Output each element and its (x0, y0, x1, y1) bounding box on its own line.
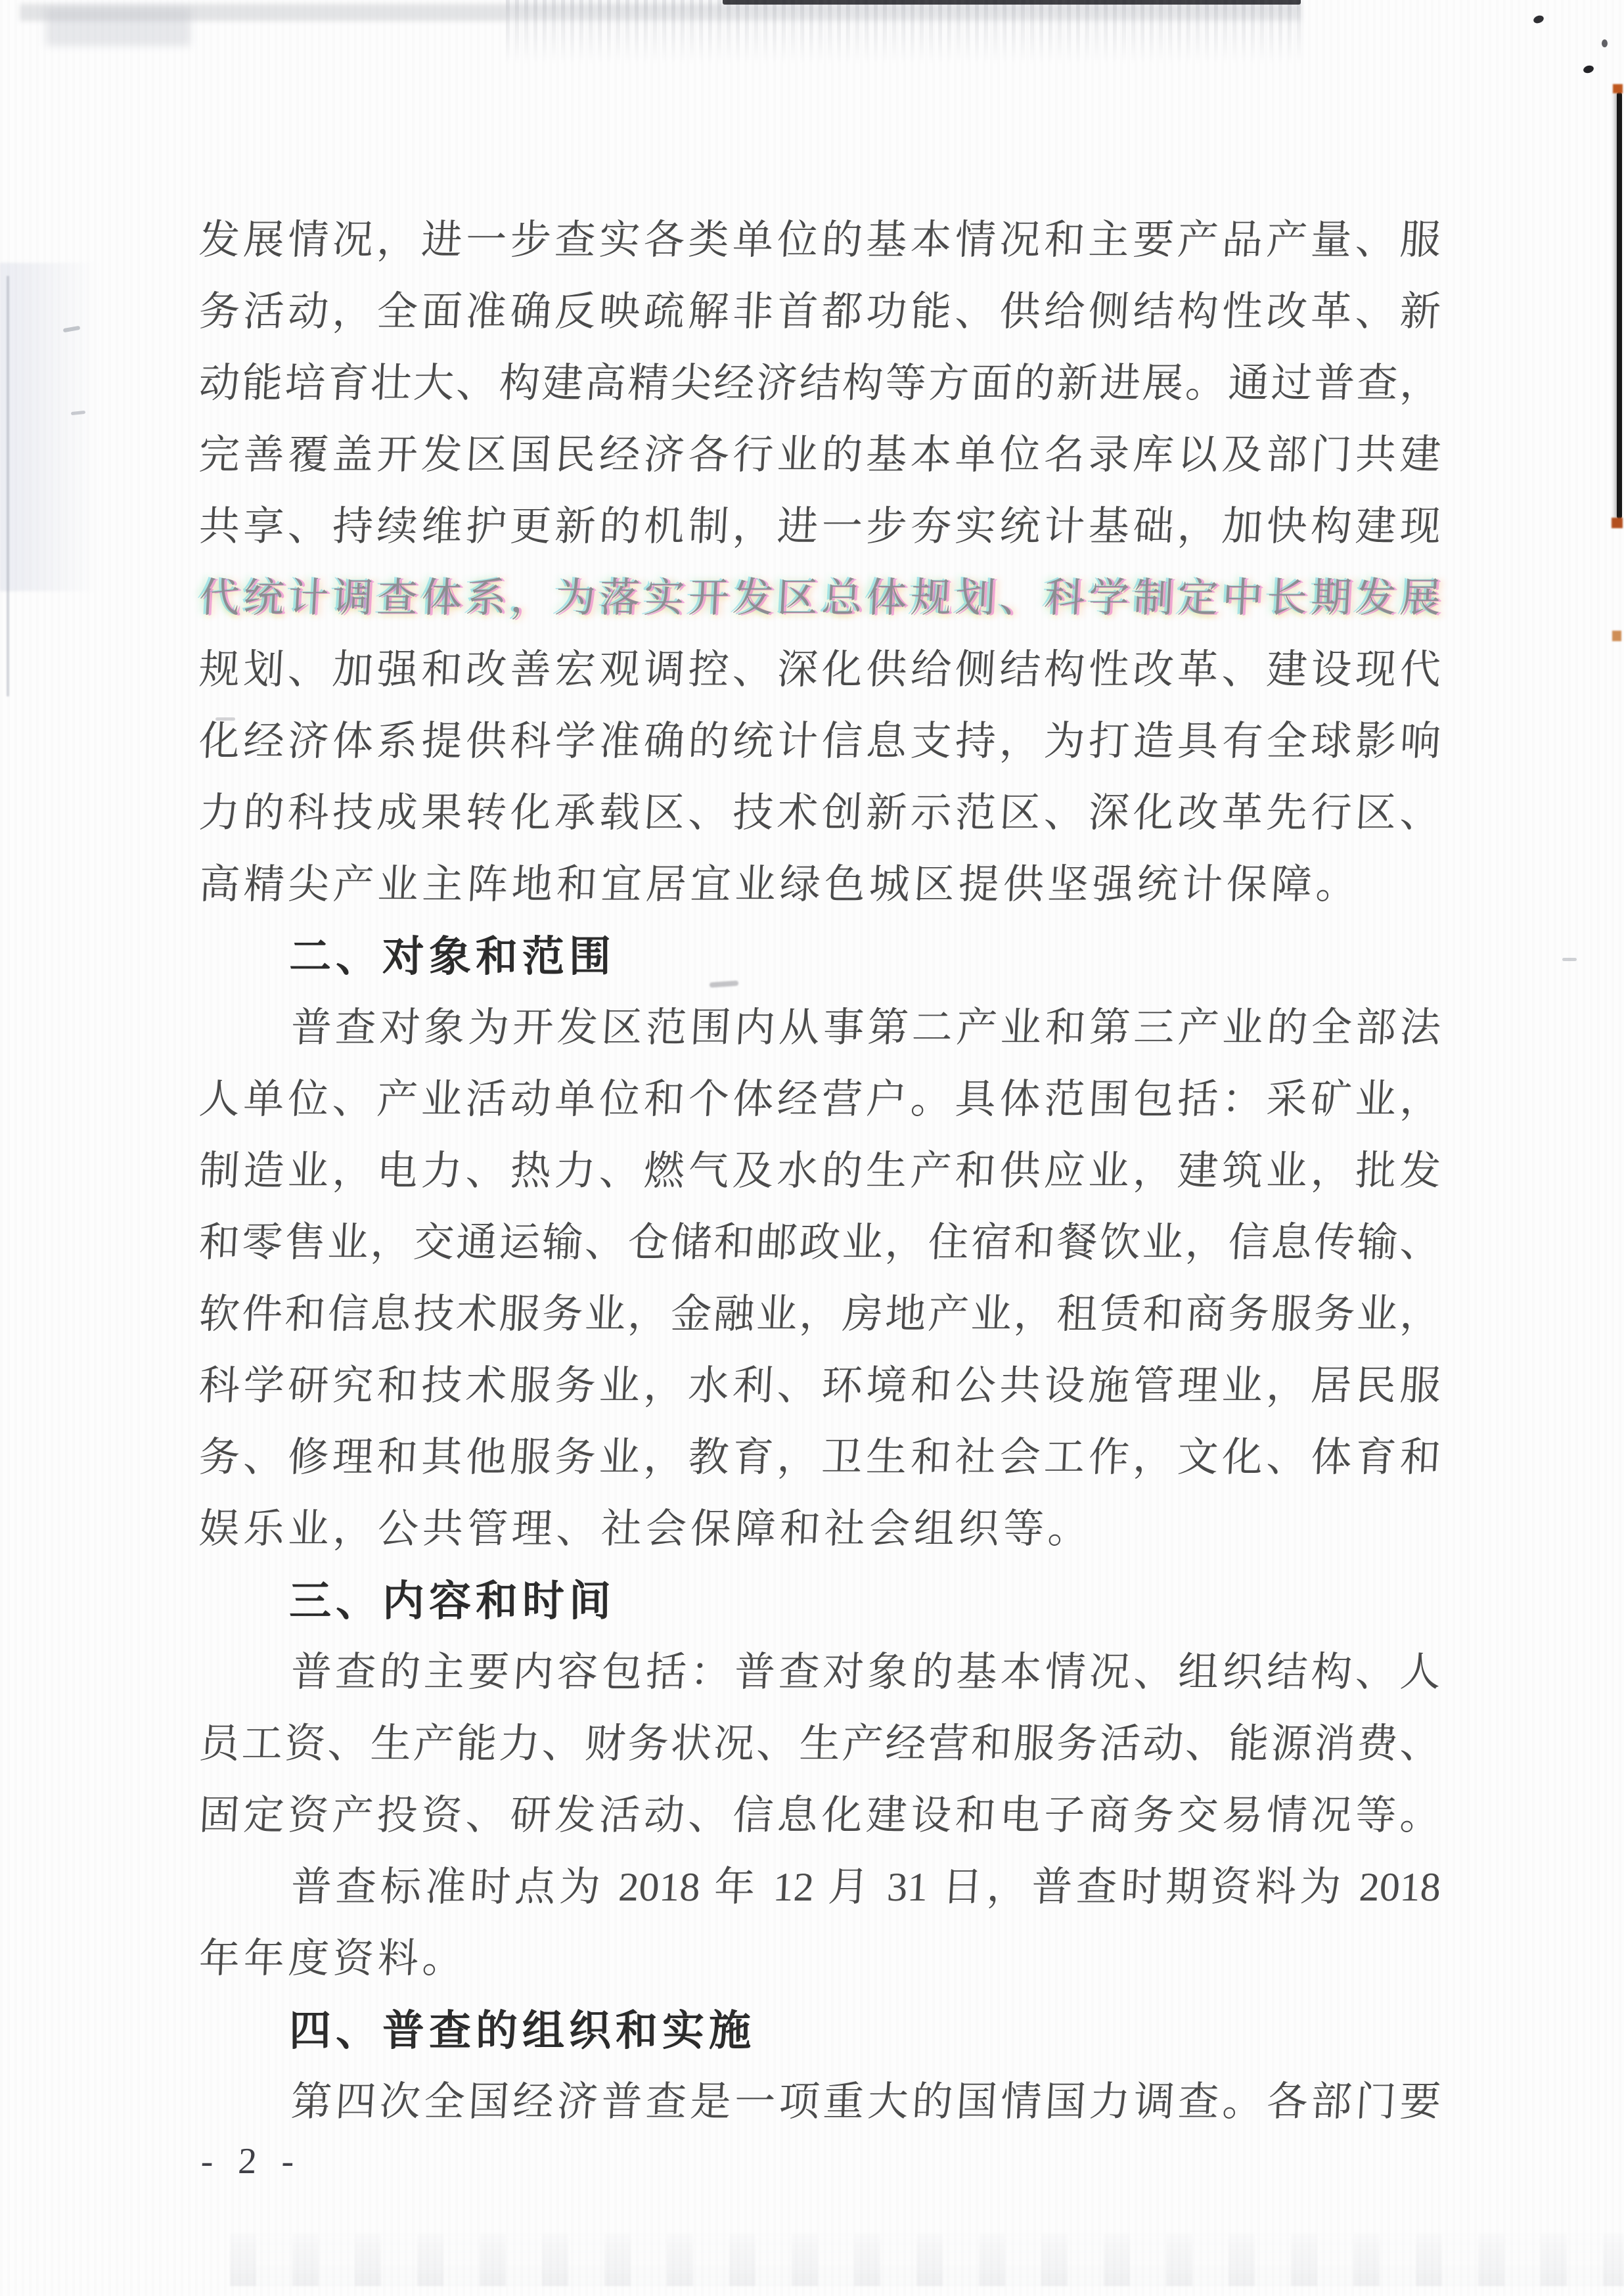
scan-speck (1602, 39, 1608, 47)
scan-artifact-bottom-mottle (230, 2234, 1624, 2286)
text-line: 科学研究和技术服务业，水利、环境和公共设施管理业，居民服 (197, 1351, 1443, 1422)
text-line: 完善覆盖开发区国民经济各行业的基本单位名录库以及部门共建 (197, 420, 1443, 491)
page-number: - 2 - (200, 2140, 303, 2182)
text-line: 娱乐业，公共管理、社会保障和社会组织等。 (197, 1494, 1443, 1565)
scan-artifact-right-black-bar (1617, 92, 1622, 519)
text-line: 员工资、生产能力、财务状况、生产经营和服务活动、能源消费、 (197, 1709, 1443, 1780)
text-line: 制造业，电力、热力、燃气及水的生产和供应业，建筑业，批发 (197, 1136, 1443, 1207)
section-heading: 三、内容和时间 (197, 1565, 1439, 1637)
text-line: 发展情况，进一步查实各类单位的基本情况和主要产品产量、服 (197, 205, 1443, 277)
document-page: 发展情况，进一步查实各类单位的基本情况和主要产品产量、服务活动，全面准确反映疏解… (0, 0, 1624, 2296)
scan-artifact-top-edge-line (723, 0, 1301, 5)
text-line: 务、修理和其他服务业，教育，卫生和社会工作，文化、体育和 (197, 1422, 1443, 1494)
text-line: 力的科技成果转化承载区、技术创新示范区、深化改革先行区、 (197, 778, 1443, 849)
scan-dash (1562, 958, 1577, 961)
text-line: 和零售业，交通运输、仓储和邮政业，住宿和餐饮业，信息传输、 (197, 1207, 1443, 1279)
scan-artifact-left-wash (0, 263, 99, 591)
scan-artifact-right-orange-dash (1612, 631, 1621, 641)
text-line: 普查对象为开发区范围内从事第二产业和第三产业的全部法 (197, 993, 1443, 1064)
scan-artifact-top-streak-band (506, 0, 1304, 64)
section-heading: 四、普查的组织和实施 (197, 1995, 1439, 2067)
text-line: 代统计调查体系，为落实开发区总体规划、科学制定中长期发展 (197, 563, 1443, 635)
text-line: 高精尖产业主阵地和宜居宜业绿色城区提供坚强统计保障。 (197, 849, 1443, 921)
scan-artifact-left-line (7, 276, 9, 696)
scan-speck (1533, 14, 1545, 25)
document-text-block: 发展情况，进一步查实各类单位的基本情况和主要产品产量、服务活动，全面准确反映疏解… (197, 205, 1439, 2138)
text-line: 规划、加强和改善宏观调控、深化供给侧结构性改革、建设现代 (197, 635, 1443, 706)
section-heading: 二、对象和范围 (197, 921, 1439, 993)
text-line: 共享、持续维护更新的机制，进一步夯实统计基础，加快构建现 (197, 491, 1443, 563)
text-line: 动能培育壮大、构建高精尖经济结构等方面的新进展。通过普查， (197, 348, 1443, 420)
text-line: 人单位、产业活动单位和个体经营户。具体范围包括：采矿业， (197, 1064, 1443, 1136)
text-line: 化经济体系提供科学准确的统计信息支持，为打造具有全球影响 (197, 706, 1443, 778)
scan-speck (1583, 64, 1594, 74)
text-line: 年年度资料。 (197, 1924, 1443, 1995)
text-line: 普查标准时点为 2018 年 12 月 31 日，普查时期资料为 2018 (197, 1852, 1443, 1924)
text-line: 固定资产投资、研发活动、信息化建设和电子商务交易情况等。 (197, 1780, 1443, 1852)
scan-artifact-topleft-patch (46, 8, 191, 46)
text-line: 普查的主要内容包括：普查对象的基本情况、组织结构、人 (197, 1637, 1443, 1709)
text-line: 务活动，全面准确反映疏解非首都功能、供给侧结构性改革、新 (197, 277, 1443, 348)
scanned-document-screenshot: { "page": { "number_label": "- 2 -" }, "… (0, 0, 1624, 2296)
text-line: 软件和信息技术服务业，金融业，房地产业，租赁和商务服务业， (197, 1279, 1443, 1351)
text-line: 第四次全国经济普查是一项重大的国情国力调查。各部门要 (197, 2067, 1443, 2138)
scan-artifact-right-orange-bottom (1612, 518, 1623, 528)
scan-artifact-right-orange-top (1613, 84, 1623, 93)
